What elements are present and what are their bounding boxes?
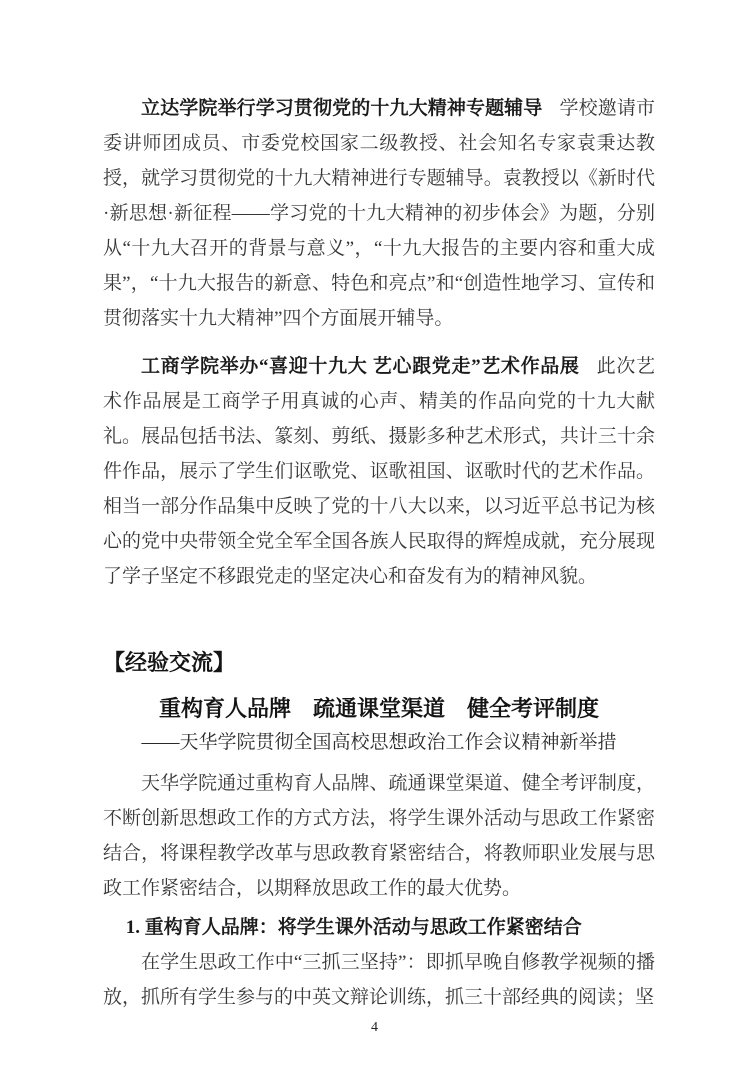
section-header-experience-exchange: 【经验交流】 [103,644,655,682]
article-subtitle: ——天华学院贯彻全国高校思想政治工作会议精神新举措 [103,726,655,760]
article-point1-body: 在学生思政工作中“三抓三坚持”：即抓早晚自修教学视频的播放，抓所有学生参与的中英… [103,945,655,1015]
news-2-title: 工商学院举办“喜迎十九大 艺心跟党走”艺术作品展 [141,356,580,377]
article-title: 重构育人品牌 疏通课堂渠道 健全考评制度 [103,691,655,726]
news-2-body: 此次艺术作品展是工商学子用真诚的心声、精美的作品向党的十九大献礼。展品包括书法、… [103,356,655,587]
article-intro-paragraph: 天华学院通过重构育人品牌、疏通课堂渠道、健全考评制度，不断创新思想政工作的方式方… [103,766,655,906]
news-paragraph-1: 立达学院举行学习贯彻党的十九大精神专题辅导学校邀请市委讲师团成员、市委党校国家二… [103,91,655,336]
page-number: 4 [0,1020,749,1036]
news-paragraph-2: 工商学院举办“喜迎十九大 艺心跟党走”艺术作品展此次艺术作品展是工商学子用真诚的… [103,349,655,594]
document-page: 立达学院举行学习贯彻党的十九大精神专题辅导学校邀请市委讲师团成员、市委党校国家二… [0,0,749,1078]
article-point1-heading: 1. 重构育人品牌：将学生课外活动与思政工作紧密结合 [103,910,655,945]
news-1-body: 学校邀请市委讲师团成员、市委党校国家二级教授、社会知名专家袁秉达教授，就学习贯彻… [103,98,655,329]
news-1-title: 立达学院举行学习贯彻党的十九大精神专题辅导 [141,98,542,119]
page-content: 立达学院举行学习贯彻党的十九大精神专题辅导学校邀请市委讲师团成员、市委党校国家二… [103,91,655,1015]
